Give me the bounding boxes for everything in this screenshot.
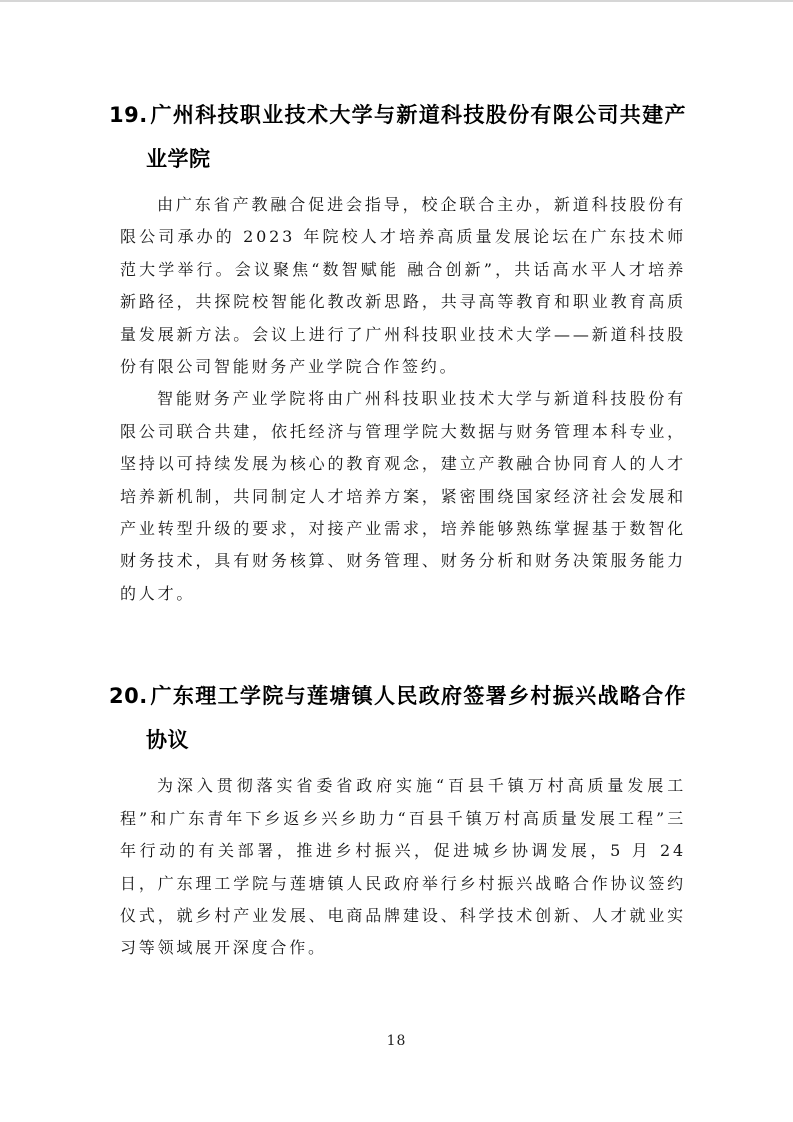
section-19-heading-number: 19. (109, 103, 150, 127)
document-page: 19.广州科技职业技术大学与新道科技股份有限公司共建产业学院 由广东省产教融合促… (0, 0, 793, 1122)
section-20-heading: 20.广东理工学院与莲塘镇人民政府签署乡村振兴战略合作协议 (109, 674, 686, 762)
section-19: 19.广州科技职业技术大学与新道科技股份有限公司共建产业学院 由广东省产教融合促… (109, 93, 686, 610)
page-number: 18 (0, 1033, 793, 1049)
section-19-heading: 19.广州科技职业技术大学与新道科技股份有限公司共建产业学院 (109, 93, 686, 181)
section-19-heading-text: 广州科技职业技术大学与新道科技股份有限公司共建产业学院 (146, 103, 686, 171)
section-20-paragraph-1: 为深入贯彻落实省委省政府实施“百县千镇万村高质量发展工程”和广东青年下乡返乡兴乡… (120, 770, 686, 964)
section-20-body: 为深入贯彻落实省委省政府实施“百县千镇万村高质量发展工程”和广东青年下乡返乡兴乡… (109, 770, 686, 964)
section-19-paragraph-1: 由广东省产教融合促进会指导，校企联合主办，新道科技股份有限公司承办的 2023 … (120, 189, 686, 383)
section-20: 20.广东理工学院与莲塘镇人民政府签署乡村振兴战略合作协议 为深入贯彻落实省委省… (109, 674, 686, 964)
section-20-heading-number: 20. (109, 684, 150, 708)
section-20-heading-text: 广东理工学院与莲塘镇人民政府签署乡村振兴战略合作协议 (146, 684, 686, 752)
section-19-paragraph-2: 智能财务产业学院将由广州科技职业技术大学与新道科技股份有限公司联合共建，依托经济… (120, 383, 686, 610)
section-19-body: 由广东省产教融合促进会指导，校企联合主办，新道科技股份有限公司承办的 2023 … (109, 189, 686, 610)
